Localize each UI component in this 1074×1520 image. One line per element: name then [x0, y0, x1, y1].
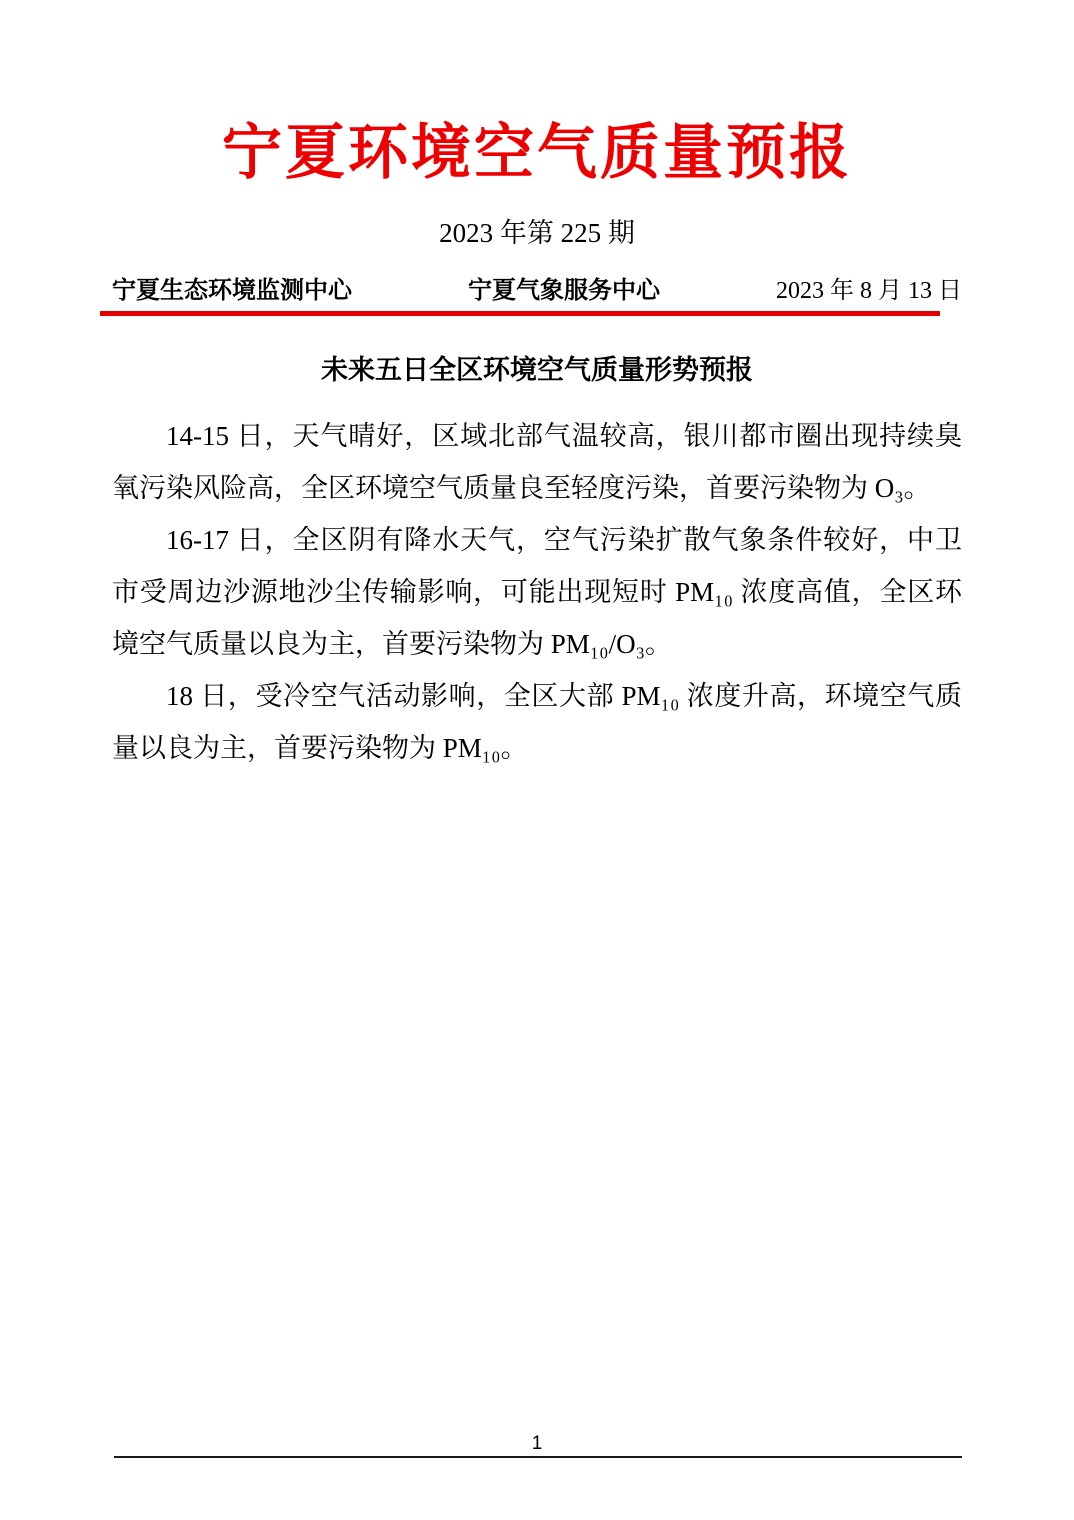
- doc-content: 2023 年第 225 期 宁夏生态环境监测中心 宁夏气象服务中心 2023 年…: [112, 216, 962, 306]
- org-environment-center: 宁夏生态环境监测中心: [112, 276, 352, 306]
- red-divider-rule: [100, 311, 940, 316]
- masthead-line: 宁夏生态环境监测中心 宁夏气象服务中心 2023 年 8 月 13 日: [112, 276, 962, 306]
- org-meteorological-center: 宁夏气象服务中心: [468, 276, 660, 306]
- section-title: 未来五日全区环境空气质量形势预报: [112, 352, 962, 388]
- doc-title: 宁夏环境空气质量预报: [0, 0, 1074, 194]
- forecast-text: 14-15 日，天气晴好，区域北部气温较高，银川都市圈出现持续臭氧污染风险高，全…: [112, 410, 962, 774]
- page-footer: 1: [0, 1425, 1074, 1520]
- issue-number: 2023 年第 225 期: [112, 216, 962, 250]
- issue-date: 2023 年 8 月 13 日: [776, 276, 962, 306]
- page-number: 1: [0, 1433, 1074, 1455]
- doc-body: 未来五日全区环境空气质量形势预报 14-15 日，天气晴好，区域北部气温较高，银…: [112, 352, 962, 774]
- paragraph-day-18: 18 日，受冷空气活动影响，全区大部 PM₁₀ 浓度升高，环境空气质量以良为主，…: [112, 670, 962, 774]
- paragraph-day-16-17: 16-17 日，全区阴有降水天气，空气污染扩散气象条件较好，中卫市受周边沙源地沙…: [112, 514, 962, 670]
- document-page: 宁夏环境空气质量预报 2023 年第 225 期 宁夏生态环境监测中心 宁夏气象…: [0, 0, 1074, 1520]
- paragraph-day-14-15: 14-15 日，天气晴好，区域北部气温较高，银川都市圈出现持续臭氧污染风险高，全…: [112, 410, 962, 514]
- footer-rule: [114, 1456, 962, 1458]
